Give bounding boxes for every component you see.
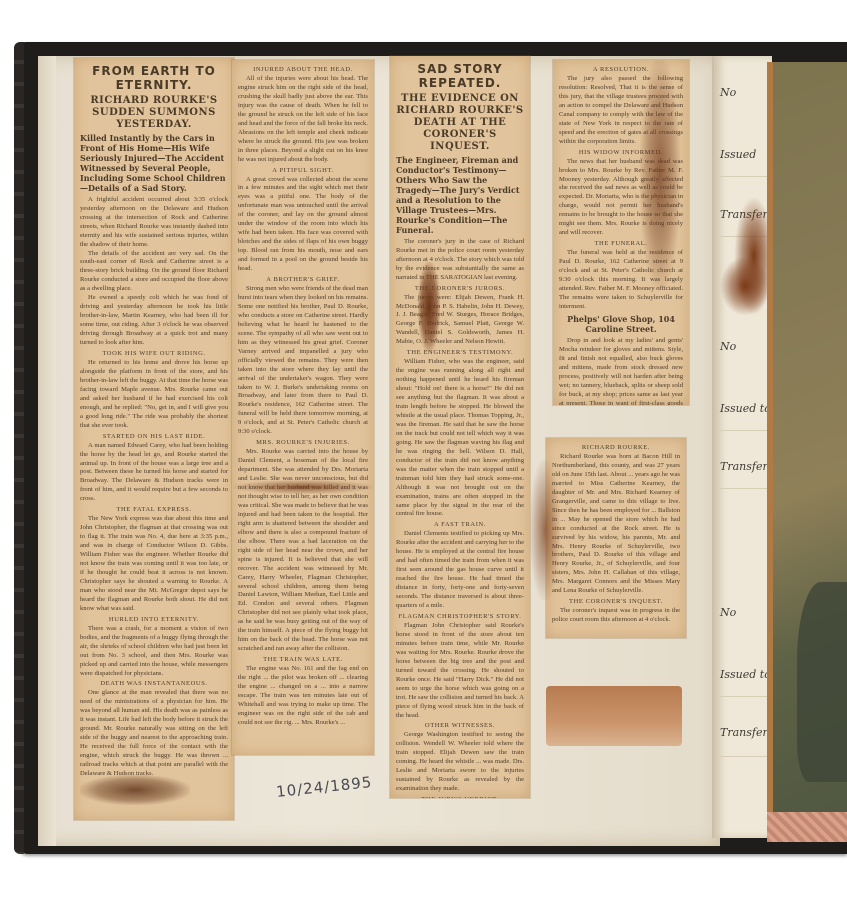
paragraph: He owned a speedy colt which he was fond… bbox=[80, 294, 228, 348]
section-title: THE ENGINEER'S TESTIMONY. bbox=[396, 349, 524, 356]
section-title: A FAST TRAIN. bbox=[396, 521, 524, 528]
ledger-stub-page: No Issued Transferred No Issued to Trans… bbox=[712, 56, 772, 838]
paragraph: The New York express was due about this … bbox=[80, 515, 228, 613]
paragraph: One glance at the man revealed that ther… bbox=[80, 689, 228, 779]
paragraph: The funeral was held at the residence of… bbox=[559, 249, 683, 312]
portrait-figure bbox=[797, 582, 847, 782]
ledger-rule bbox=[716, 488, 772, 489]
section-title: THE CORONER'S INQUEST. bbox=[552, 598, 680, 605]
paragraph: The details of the accident are very sad… bbox=[80, 250, 228, 295]
section-title: THE TRAIN WAS LATE. bbox=[238, 656, 368, 663]
paragraph: All of the injuries were about his head.… bbox=[238, 75, 368, 165]
paragraph: There was a crash, for a moment a vision… bbox=[80, 625, 228, 679]
section-title: MRS. ROURKE'S INJURIES. bbox=[238, 439, 368, 446]
ledger-label: Issued to bbox=[720, 668, 771, 681]
clipping-deck: Killed Instantly by the Cars in Front of… bbox=[80, 133, 228, 193]
clipping-headline: FROM EARTH TO ETERNITY. bbox=[80, 64, 228, 93]
ledger-label: Transfer bbox=[720, 726, 768, 739]
paragraph: Flagman John Christopher said Rourke's h… bbox=[396, 622, 524, 720]
clipping-from-earth-to-eternity: FROM EARTH TO ETERNITY. RICHARD ROURKE'S… bbox=[74, 58, 234, 820]
paragraph: Strong men who were friends of the dead … bbox=[238, 285, 368, 437]
section-title: HURLED INTO ETERNITY. bbox=[80, 616, 228, 623]
stain bbox=[720, 256, 770, 316]
section-title: A RESOLUTION. bbox=[559, 66, 683, 73]
paragraph: Richard Rourke was born at Bacon Hill in… bbox=[552, 453, 680, 596]
paragraph: William Fisher, who was the engineer, sa… bbox=[396, 358, 524, 519]
ledger-rule bbox=[716, 696, 772, 697]
section-title: DEATH WAS INSTANTANEOUS. bbox=[80, 680, 228, 687]
ledger-label: No bbox=[720, 86, 736, 99]
ledger-rule bbox=[716, 430, 772, 431]
portrait-border-edge bbox=[767, 62, 773, 842]
paragraph: A great crowd was collected about the sc… bbox=[238, 176, 368, 274]
cover-frayed-edge bbox=[14, 42, 24, 854]
clipping-resolution-funeral: A RESOLUTION. The jury also passed the f… bbox=[553, 60, 689, 405]
section-title: THE FUNERAL. bbox=[559, 240, 683, 247]
section-title: TOOK HIS WIFE OUT RIDING. bbox=[80, 350, 228, 357]
section-title: A BROTHER'S GRIEF. bbox=[238, 276, 368, 283]
clipping-headline: SAD STORY REPEATED. bbox=[396, 62, 524, 91]
ledger-label: No bbox=[720, 340, 736, 353]
paragraph: Mrs. Rourke was carried into the house b… bbox=[238, 448, 368, 654]
clipping-headline: RICHARD ROURKE. bbox=[552, 444, 680, 451]
paragraph: Daniel Clements testified to picking up … bbox=[396, 530, 524, 611]
clipping-subhead: RICHARD ROURKE'S SUDDEN SUMMONS YESTERDA… bbox=[80, 95, 228, 131]
paragraph: He returned to his home and drove his ho… bbox=[80, 359, 228, 431]
section-title: THE FATAL EXPRESS. bbox=[80, 506, 228, 513]
paragraph: A man named Edward Carey, who had been h… bbox=[80, 442, 228, 505]
section-title: STARTED ON HIS LAST RIDE. bbox=[80, 433, 228, 440]
paragraph: The coroner's inquest was in progress in… bbox=[552, 607, 680, 625]
portrait-decorative-border bbox=[767, 812, 847, 842]
section-title: OTHER WITNESSES. bbox=[396, 722, 524, 729]
paragraph: The jury also passed the following resol… bbox=[559, 75, 683, 147]
clipping-richard-rourke-obituary: RICHARD ROURKE. Richard Rourke was born … bbox=[546, 438, 686, 638]
paragraph: The news that her husband was dead was b… bbox=[559, 158, 683, 239]
section-title: INJURED ABOUT THE HEAD. bbox=[238, 66, 368, 73]
section-title: FLAGMAN CHRISTOPHER'S STORY. bbox=[396, 613, 524, 620]
advertisement-title: Phelps' Glove Shop, 104 Caroline Street. bbox=[559, 314, 683, 334]
paragraph: The jurors were: Elijah Dewen, Frank H. … bbox=[396, 294, 524, 348]
paragraph: The coroner's jury in the case of Richar… bbox=[396, 238, 524, 283]
ledger-label: Issued bbox=[720, 148, 756, 161]
clipping-subhead: THE EVIDENCE ON RICHARD ROURKE'S DEATH A… bbox=[396, 93, 524, 153]
clipping-sad-story-repeated: SAD STORY REPEATED. THE EVIDENCE ON RICH… bbox=[390, 56, 530, 798]
section-title: A PITIFUL SIGHT. bbox=[238, 167, 368, 174]
paragraph: George Washington testified to seeing th… bbox=[396, 731, 524, 794]
section-title: HIS WIDOW INFORMED. bbox=[559, 149, 683, 156]
paragraph: A frightful accident occurred about 3:35… bbox=[80, 196, 228, 250]
ledger-rule bbox=[716, 756, 772, 757]
ledger-label: No bbox=[720, 606, 736, 619]
clipping-injuries-continued: INJURED ABOUT THE HEAD. All of the injur… bbox=[232, 60, 374, 755]
ledger-label: Issued to bbox=[720, 402, 771, 415]
clipping-deck: The Engineer, Fireman and Conductor's Te… bbox=[396, 155, 524, 235]
section-title: THE CORONER'S JURORS. bbox=[396, 285, 524, 292]
section-title: THE JURY'S VERDICT. bbox=[396, 796, 524, 798]
portrait-print-edge bbox=[767, 62, 847, 842]
ledger-rule bbox=[716, 176, 772, 177]
paragraph: The engine was No. 161 and the fag end o… bbox=[238, 665, 368, 728]
ledger-rule bbox=[716, 236, 772, 237]
advertisement-text: Drop in and look at my ladies' and gents… bbox=[559, 337, 683, 405]
